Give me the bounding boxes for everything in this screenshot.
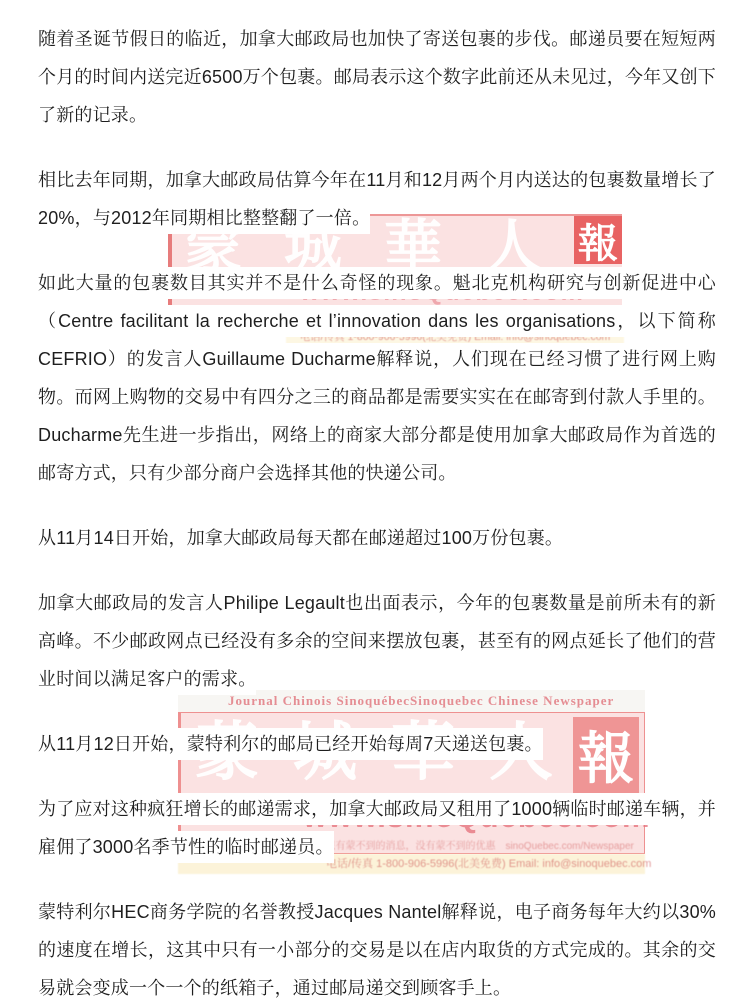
paragraph-text: 从11月14日开始，加拿大邮政局每天都在邮递超过100万份包裹。 xyxy=(38,522,563,554)
paragraph-5: 加拿大邮政局的发言人Philipe Legault也出面表示，今年的包裹数量是前… xyxy=(38,584,716,698)
paragraph-2: 相比去年同期，加拿大邮政局估算今年在11月和12月两个月内送达的包裹数量增长了2… xyxy=(38,161,716,237)
paragraph-4: 从11月14日开始，加拿大邮政局每天都在邮递超过100万份包裹。 xyxy=(38,519,716,557)
article-body: 随着圣诞节假日的临近，加拿大邮政局也加快了寄送包裹的步伐。邮递员要在短短两个月的… xyxy=(0,0,755,1006)
paragraph-1: 随着圣诞节假日的临近，加拿大邮政局也加快了寄送包裹的步伐。邮递员要在短短两个月的… xyxy=(38,20,716,134)
paragraph-text: 如此大量的包裹数目其实并不是什么奇怪的现象。魁北克机构研究与创新促进中心（Cen… xyxy=(38,267,716,489)
paragraph-text: 相比去年同期，加拿大邮政局估算今年在11月和12月两个月内送达的包裹数量增长了2… xyxy=(38,164,716,234)
paragraph-text: 随着圣诞节假日的临近，加拿大邮政局也加快了寄送包裹的步伐。邮递员要在短短两个月的… xyxy=(38,23,716,131)
paragraph-text: 蒙特利尔HEC商务学院的名誉教授Jacques Nantel解释说，电子商务每年… xyxy=(38,896,716,1004)
paragraph-3: 如此大量的包裹数目其实并不是什么奇怪的现象。魁北克机构研究与创新促进中心（Cen… xyxy=(38,264,716,492)
paragraph-text: 加拿大邮政局的发言人Philipe Legault也出面表示，今年的包裹数量是前… xyxy=(38,587,716,695)
paragraph-7: 为了应对这种疯狂增长的邮递需求，加拿大邮政局又租用了1000辆临时邮递车辆，并雇… xyxy=(38,790,716,866)
paragraph-6: 从11月12日开始，蒙特利尔的邮局已经开始每周7天递送包裹。 xyxy=(38,725,716,763)
paragraph-8: 蒙特利尔HEC商务学院的名誉教授Jacques Nantel解释说，电子商务每年… xyxy=(38,893,716,1006)
paragraph-text: 从11月12日开始，蒙特利尔的邮局已经开始每周7天递送包裹。 xyxy=(38,728,543,760)
paragraph-text: 为了应对这种疯狂增长的邮递需求，加拿大邮政局又租用了1000辆临时邮递车辆，并雇… xyxy=(38,793,716,863)
